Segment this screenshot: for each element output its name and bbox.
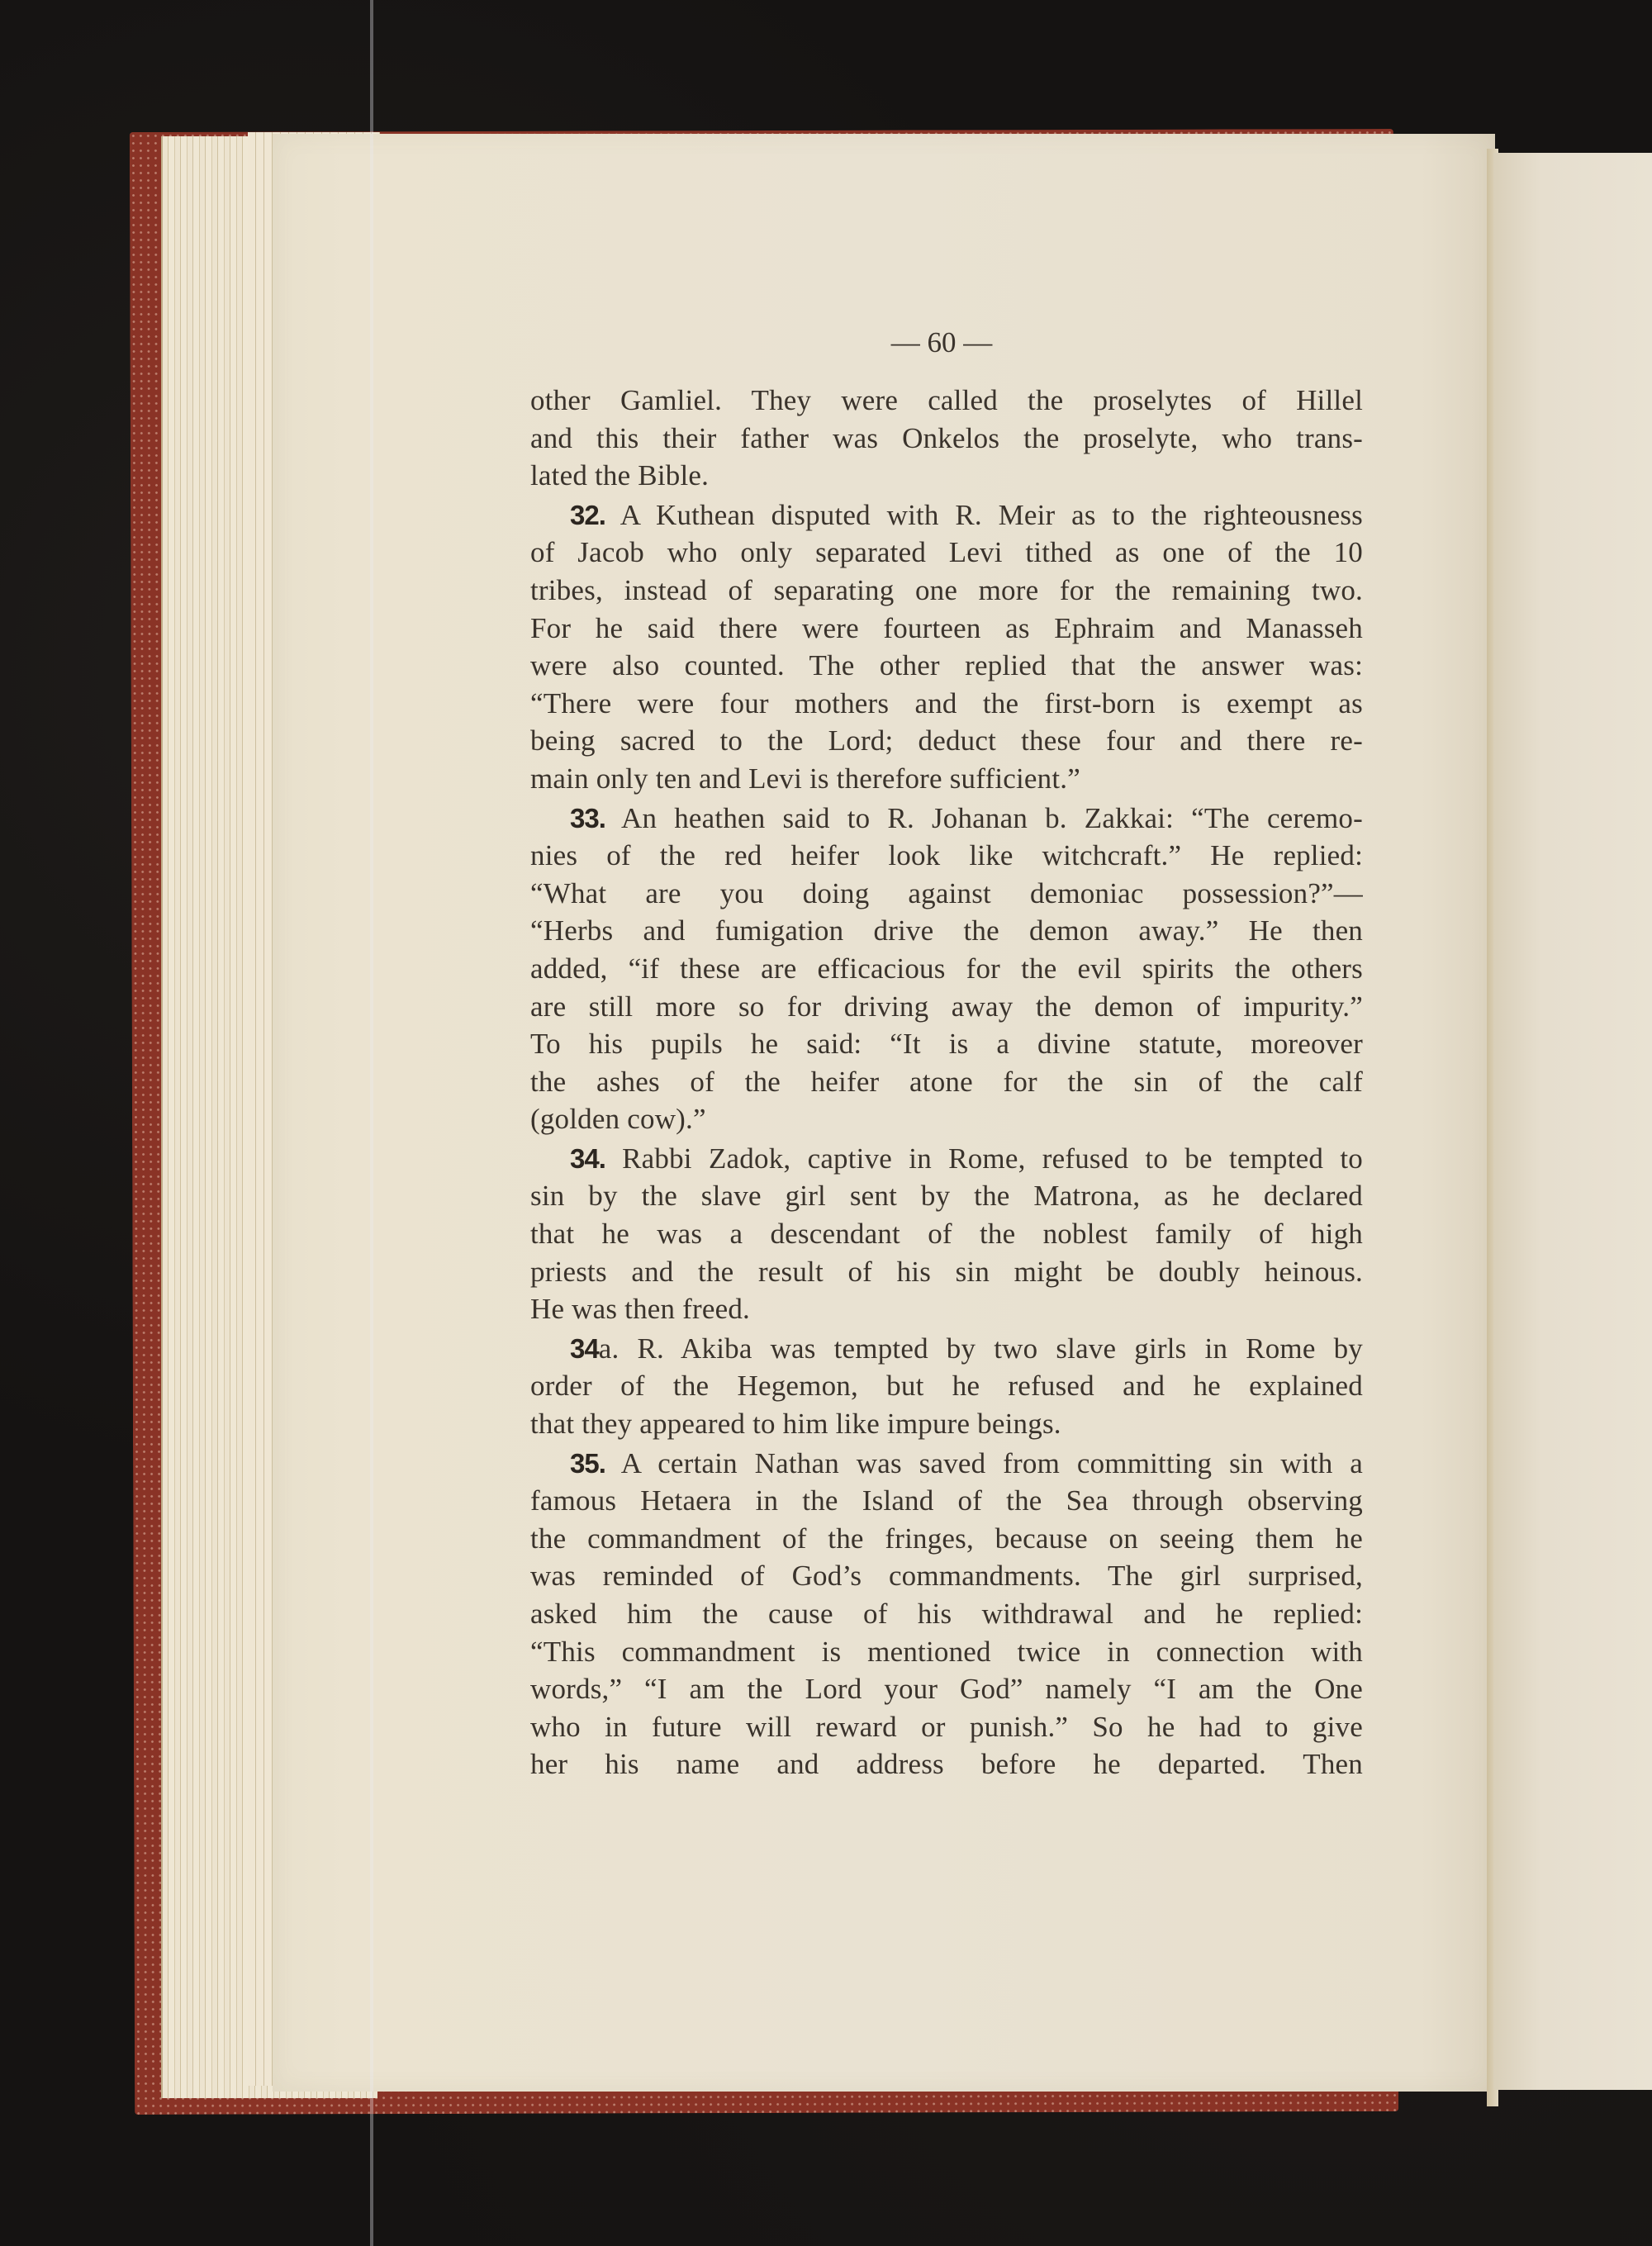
paragraph-number: 34	[570, 1333, 599, 1364]
paragraph-33: 33. An heathen said to R. Johanan b. Zak…	[530, 800, 1363, 1138]
text-line: words,” “I am the Lord your God” namely …	[530, 1670, 1363, 1708]
text-line: being sacred to the Lord; deduct these f…	[530, 722, 1363, 760]
text-line: was reminded of God’s commandments. The …	[530, 1557, 1363, 1595]
book-photo-scene: — 60 — other Gamliel. They were called t…	[0, 0, 1652, 2246]
text-line: other Gamliel. They were called the pros…	[530, 382, 1363, 420]
text-line: nies of the red heifer look like witchcr…	[530, 837, 1363, 875]
text-line-content: R. Akiba was tempted by two slave girls …	[637, 1332, 1363, 1365]
text-line: are still more so for driving away the d…	[530, 988, 1363, 1026]
text-line: her his name and address before he depar…	[530, 1745, 1363, 1783]
text-line: who in future will reward or punish.” So…	[530, 1708, 1363, 1746]
text-line: were also counted. The other replied tha…	[530, 647, 1363, 685]
text-line: “What are you doing against demoniac pos…	[530, 875, 1363, 913]
page-text: other Gamliel. They were called the pros…	[530, 382, 1363, 1783]
text-line-content: Rabbi Zadok, captive in Rome, refused to…	[622, 1142, 1363, 1175]
text-line: 33. An heathen said to R. Johanan b. Zak…	[530, 800, 1363, 838]
text-line: and this their father was Onkelos the pr…	[530, 420, 1363, 458]
facing-page	[1493, 153, 1652, 2090]
text-line: that he was a descendant of the noblest …	[530, 1215, 1363, 1253]
paragraph-34a: 34a. R. Akiba was tempted by two slave g…	[530, 1330, 1363, 1443]
paragraph-number: 34.	[570, 1143, 605, 1174]
text-line: of Jacob who only separated Levi tithed …	[530, 534, 1363, 572]
text-line: 34. Rabbi Zadok, captive in Rome, refuse…	[530, 1140, 1363, 1178]
text-line: For he said there were fourteen as Ephra…	[530, 610, 1363, 648]
text-line: “There were four mothers and the first-b…	[530, 685, 1363, 723]
text-line: tribes, instead of separating one more f…	[530, 572, 1363, 610]
text-line: lated the Bible.	[530, 457, 1363, 495]
text-line: He was then freed.	[530, 1290, 1363, 1328]
text-line-content: An heathen said to R. Johanan b. Zakkai:…	[621, 802, 1363, 834]
text-line: added, “if these are efficacious for the…	[530, 950, 1363, 988]
text-line: sin by the slave girl sent by the Matron…	[530, 1177, 1363, 1215]
paragraph-number: 35.	[570, 1448, 605, 1479]
text-line: main only ten and Levi is therefore suff…	[530, 760, 1363, 798]
paragraph-35: 35. A certain Nathan was saved from comm…	[530, 1445, 1363, 1783]
text-line: 32. A Kuthean disputed with R. Meir as t…	[530, 496, 1363, 534]
text-line: “This commandment is mentioned twice in …	[530, 1633, 1363, 1671]
paragraph-number-suffix: a.	[599, 1332, 619, 1365]
paragraph-number: 33.	[570, 803, 605, 833]
text-line: the commandment of the fringes, because …	[530, 1520, 1363, 1558]
paragraph-32: 32. A Kuthean disputed with R. Meir as t…	[530, 496, 1363, 798]
text-line: asked him the cause of his withdrawal an…	[530, 1595, 1363, 1633]
text-line: (golden cow).”	[530, 1100, 1363, 1138]
text-line: that they appeared to him like impure be…	[530, 1405, 1363, 1443]
text-line: 35. A certain Nathan was saved from comm…	[530, 1445, 1363, 1483]
text-line: To his pupils he said: “It is a divine s…	[530, 1025, 1363, 1063]
text-line: order of the Hegemon, but he refused and…	[530, 1367, 1363, 1405]
paragraph-number: 32.	[570, 500, 605, 530]
text-line: “Herbs and fumigation drive the demon aw…	[530, 912, 1363, 950]
paragraph-continuation: other Gamliel. They were called the pros…	[530, 382, 1363, 495]
text-line: priests and the result of his sin might …	[530, 1253, 1363, 1291]
text-line: the ashes of the heifer atone for the si…	[530, 1063, 1363, 1101]
page-number: — 60 —	[859, 326, 1024, 359]
text-line-content: A certain Nathan was saved from committi…	[621, 1447, 1363, 1479]
text-line: famous Hetaera in the Island of the Sea …	[530, 1482, 1363, 1520]
plastic-clip-strip	[370, 0, 373, 2246]
text-line: 34a. R. Akiba was tempted by two slave g…	[530, 1330, 1363, 1368]
text-line-content: A Kuthean disputed with R. Meir as to th…	[620, 499, 1363, 531]
paragraph-34: 34. Rabbi Zadok, captive in Rome, refuse…	[530, 1140, 1363, 1328]
